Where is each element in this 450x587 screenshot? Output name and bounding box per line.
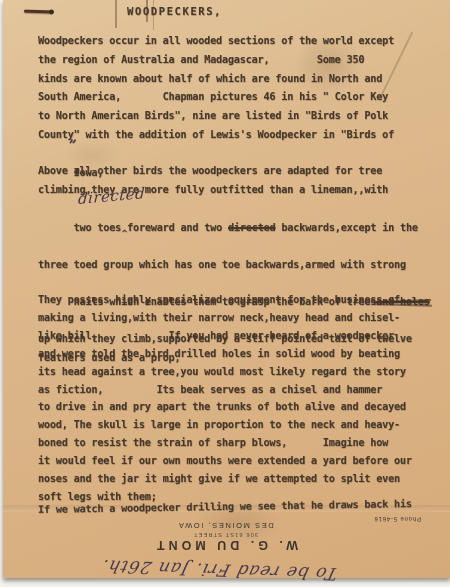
typed-segment: backwards,except in the xyxy=(275,223,417,234)
typed-line: making a living,with their narrow neck,h… xyxy=(38,310,412,328)
typed-line: Above all other birds the woodpeckers ar… xyxy=(38,163,430,182)
handwritten-ditto-mark: ” xyxy=(69,137,76,156)
typed-line: to North American Birds", nine are liste… xyxy=(38,108,394,127)
typed-line: South America, Chapman pictures 46 in hi… xyxy=(38,89,394,108)
upside-down-letterhead-block: To be read Fri. Jan 26th. W. G. DU MONT … xyxy=(28,506,423,578)
typed-line: and were told the bird drilled holes in … xyxy=(38,346,412,364)
typed-line: They possess highly specialized equipmen… xyxy=(38,292,412,310)
scanned-page: WOODPECKERS, Woodpeckers occur in all wo… xyxy=(3,0,450,578)
letterhead-city: DES MOINES, IOWA xyxy=(28,520,423,530)
typed-line: like bill, If you had never heard of a w… xyxy=(38,328,412,346)
typed-line: its head against a tree,you would most l… xyxy=(38,364,412,382)
struck-word: directed xyxy=(228,223,275,234)
letterhead-street: 306 61ST STREET xyxy=(28,530,423,537)
typed-line: the region of Australia and Madagascar, … xyxy=(38,52,394,71)
pin-icon xyxy=(24,10,52,14)
typed-segment: two toes xyxy=(74,223,121,234)
page-title: WOODPECKERS, xyxy=(127,6,222,18)
scan-background: { "document": { "title": "WOODPECKERS,",… xyxy=(0,0,450,587)
typed-line: County" with the addition of Lewis's Woo… xyxy=(38,127,394,146)
typed-line: wood, The skull is large in proportion t… xyxy=(38,417,412,435)
typed-line: to drive in and pry apart the trunks of … xyxy=(38,399,412,417)
handwritten-note: To be read Fri. Jan 26th. xyxy=(25,549,341,584)
typed-line: noses and the jar it might give if we at… xyxy=(38,471,412,489)
insertion-caret: ^ xyxy=(121,224,127,243)
typed-segment: foreward and two xyxy=(127,223,228,234)
typed-line: boned to resist the strain of sharp blow… xyxy=(38,435,412,453)
typed-line: kinds are known about half of which are … xyxy=(38,71,394,90)
typed-line: three toed group which has one toe backw… xyxy=(38,257,430,276)
typed-line: as fiction, Its beak serves as a chisel … xyxy=(38,382,412,400)
crease-mark xyxy=(115,0,117,28)
typed-line-with-correction: two toes^foreward and two directed backw… xyxy=(38,200,430,257)
typed-line: it would feel if our own mouths were ext… xyxy=(38,453,412,471)
typed-line: Woodpeckers occur in all wooded sections… xyxy=(38,33,394,52)
paragraph-equipment: They possess highly specialized equipmen… xyxy=(38,292,412,507)
